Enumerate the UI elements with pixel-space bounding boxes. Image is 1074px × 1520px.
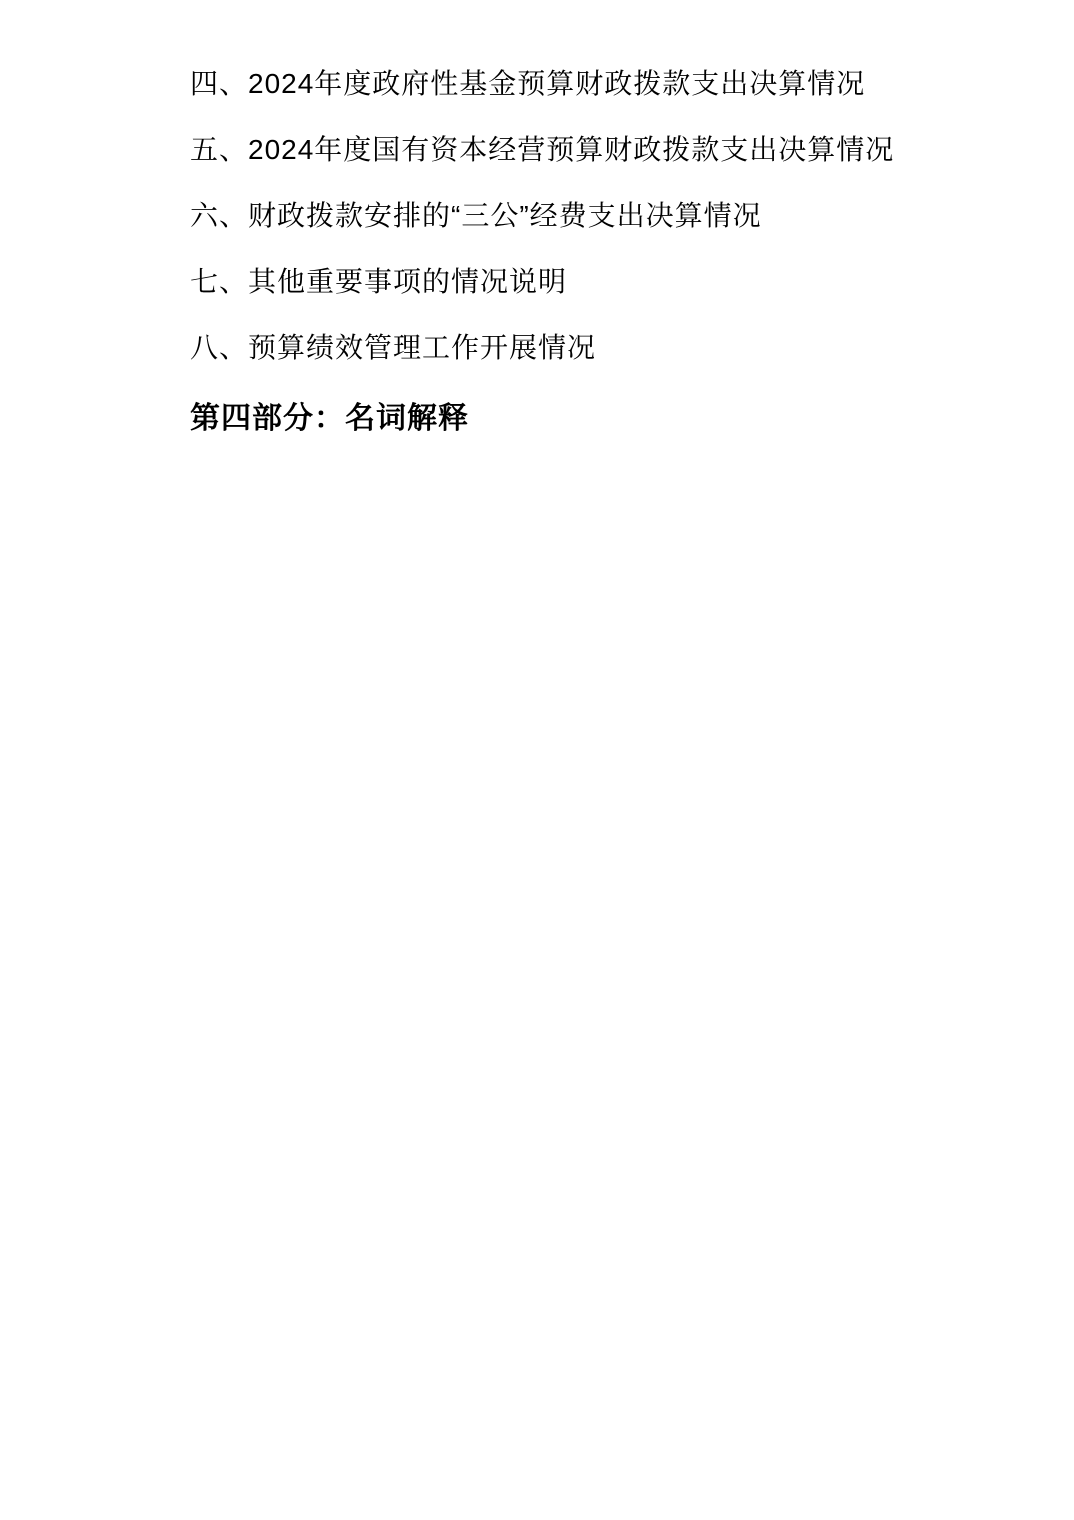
toc-item-4: 四、2024年度政府性基金预算财政拨款支出决算情况 bbox=[190, 66, 984, 102]
document-page: 四、2024年度政府性基金预算财政拨款支出决算情况 五、2024年度国有资本经营… bbox=[0, 0, 1074, 1520]
toc-item-7: 七、其他重要事项的情况说明 bbox=[190, 264, 984, 300]
toc-item-6: 六、财政拨款安排的“三公”经费支出决算情况 bbox=[190, 198, 984, 234]
toc-item-5: 五、2024年度国有资本经营预算财政拨款支出决算情况 bbox=[190, 132, 984, 168]
section-heading-part4: 第四部分：名词解释 bbox=[190, 400, 984, 438]
toc-item-8: 八、预算绩效管理工作开展情况 bbox=[190, 330, 984, 366]
